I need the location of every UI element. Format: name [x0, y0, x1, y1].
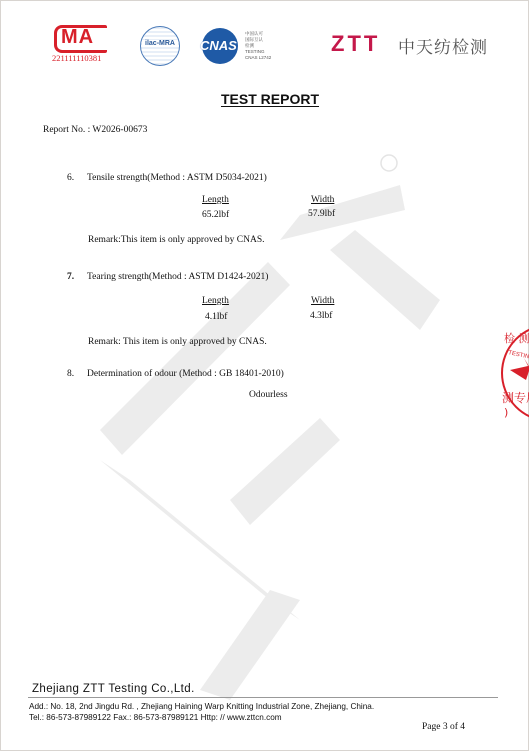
- ztt-logo: ZTT: [331, 31, 380, 57]
- ztt-chinese-name: 中天纺检测: [398, 33, 488, 58]
- cma-logo: MA 221111110381: [52, 25, 112, 65]
- item-8-number: 8.: [67, 369, 74, 379]
- item-6-length-header: Length: [202, 195, 229, 205]
- item-7-length-value: 4.1lbf: [205, 312, 227, 322]
- svg-text:TESTING: TESTING: [508, 350, 529, 361]
- footer-company: Zhejiang ZTT Testing Co.,Ltd.: [32, 683, 195, 695]
- item-8-result: Odourless: [249, 390, 288, 400]
- item-7-number: 7.: [67, 272, 74, 282]
- item-6-number: 6.: [67, 173, 74, 183]
- footer-divider: [28, 697, 498, 698]
- svg-text:检 测: 检 测: [504, 331, 529, 345]
- item-7-remark: Remark: This item is only approved by CN…: [88, 337, 267, 347]
- cnas-side-text: 中国认可 国际互认 检测 TESTING CNAS L2742: [245, 31, 271, 61]
- footer-address-block: Add.: No. 18, 2nd Jingdu Rd. , Zhejiang …: [29, 702, 374, 723]
- page-number: Page 3 of 4: [422, 722, 465, 732]
- item-6-width-header: Width: [311, 195, 334, 205]
- report-number: Report No. : W2026-00673: [43, 125, 147, 135]
- item-8-title: Determination of odour (Method : GB 1840…: [87, 369, 284, 379]
- footer-address: Add.: No. 18, 2nd Jingdu Rd. , Zhejiang …: [29, 702, 374, 713]
- footer-contact: Tel.: 86-573-87989122 Fax.: 86-573-87989…: [29, 713, 374, 724]
- item-7-length-header: Length: [202, 296, 229, 306]
- inspection-stamp: 检 测 TESTING 测专用 ): [500, 318, 529, 428]
- svg-text:测专用: 测专用: [502, 390, 529, 405]
- page-title: TEST REPORT: [0, 91, 529, 107]
- svg-text:): ): [504, 406, 508, 419]
- item-6-width-value: 57.9lbf: [308, 209, 335, 219]
- item-6-title: Tensile strength(Method : ASTM D5034-202…: [87, 173, 267, 183]
- item-7-width-header: Width: [311, 296, 334, 306]
- item-7-title: Tearing strength(Method : ASTM D1424-202…: [87, 272, 268, 282]
- item-6-length-value: 65.2lbf: [202, 210, 229, 220]
- cnas-logo: CNAS: [200, 28, 240, 64]
- item-7-width-value: 4.3lbf: [310, 311, 332, 321]
- item-6-remark: Remark:This item is only approved by CNA…: [88, 235, 265, 245]
- ilac-mra-logo: ilac-MRA: [140, 26, 180, 66]
- cma-number: 221111110381: [52, 53, 101, 63]
